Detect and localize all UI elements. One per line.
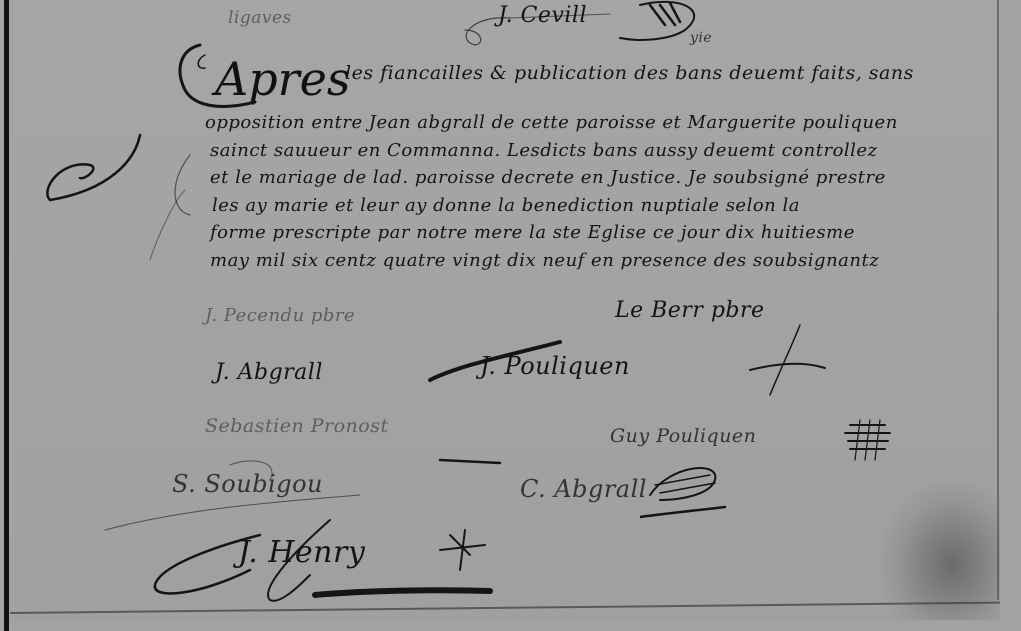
body-line-7: may mil six centz quatre vingt dix neuf … <box>210 250 879 271</box>
body-line-2: opposition entre Jean abgrall de cette p… <box>205 112 898 133</box>
signature-witness-henry: J. Henry <box>238 535 365 570</box>
body-line-extra: J. Pecendu pbre <box>205 305 355 326</box>
top-signature-sub: yie <box>690 30 712 46</box>
top-signature: J. Cevill <box>498 3 587 28</box>
body-line-4: et le mariage de lad. paroisse decrete e… <box>210 167 886 188</box>
signature-witness-left: Sebastien Pronost <box>205 415 389 437</box>
signature-witness-right: Guy Pouliquen <box>610 425 756 447</box>
signature-recteur: Le Berr pbre <box>615 298 765 323</box>
body-line-6: forme prescripte par notre mere la ste E… <box>210 222 855 243</box>
page-left-edge <box>4 0 9 631</box>
signature-bride-relative: J. Pouliquen <box>480 352 630 380</box>
body-line-5: les ay marie et leur ay donne la benedic… <box>212 195 800 216</box>
paper-sheet <box>14 0 999 622</box>
document-scan: ligaves J. Cevill yie Apres les fiancail… <box>0 0 1021 631</box>
signature-witness-soubigou: S. Soubigou <box>172 470 323 498</box>
initial-word: Apres <box>215 52 350 106</box>
margin-note: ligaves <box>228 8 292 28</box>
signature-witness-abgrall: C. Abgrall <box>520 475 647 503</box>
signature-groom: J. Abgrall <box>215 360 323 385</box>
body-line-3: sainct sauueur en Commanna. Lesdicts ban… <box>210 140 878 161</box>
body-line-1: les fiancailles & publication des bans d… <box>345 62 914 84</box>
ink-stain <box>880 480 1000 620</box>
